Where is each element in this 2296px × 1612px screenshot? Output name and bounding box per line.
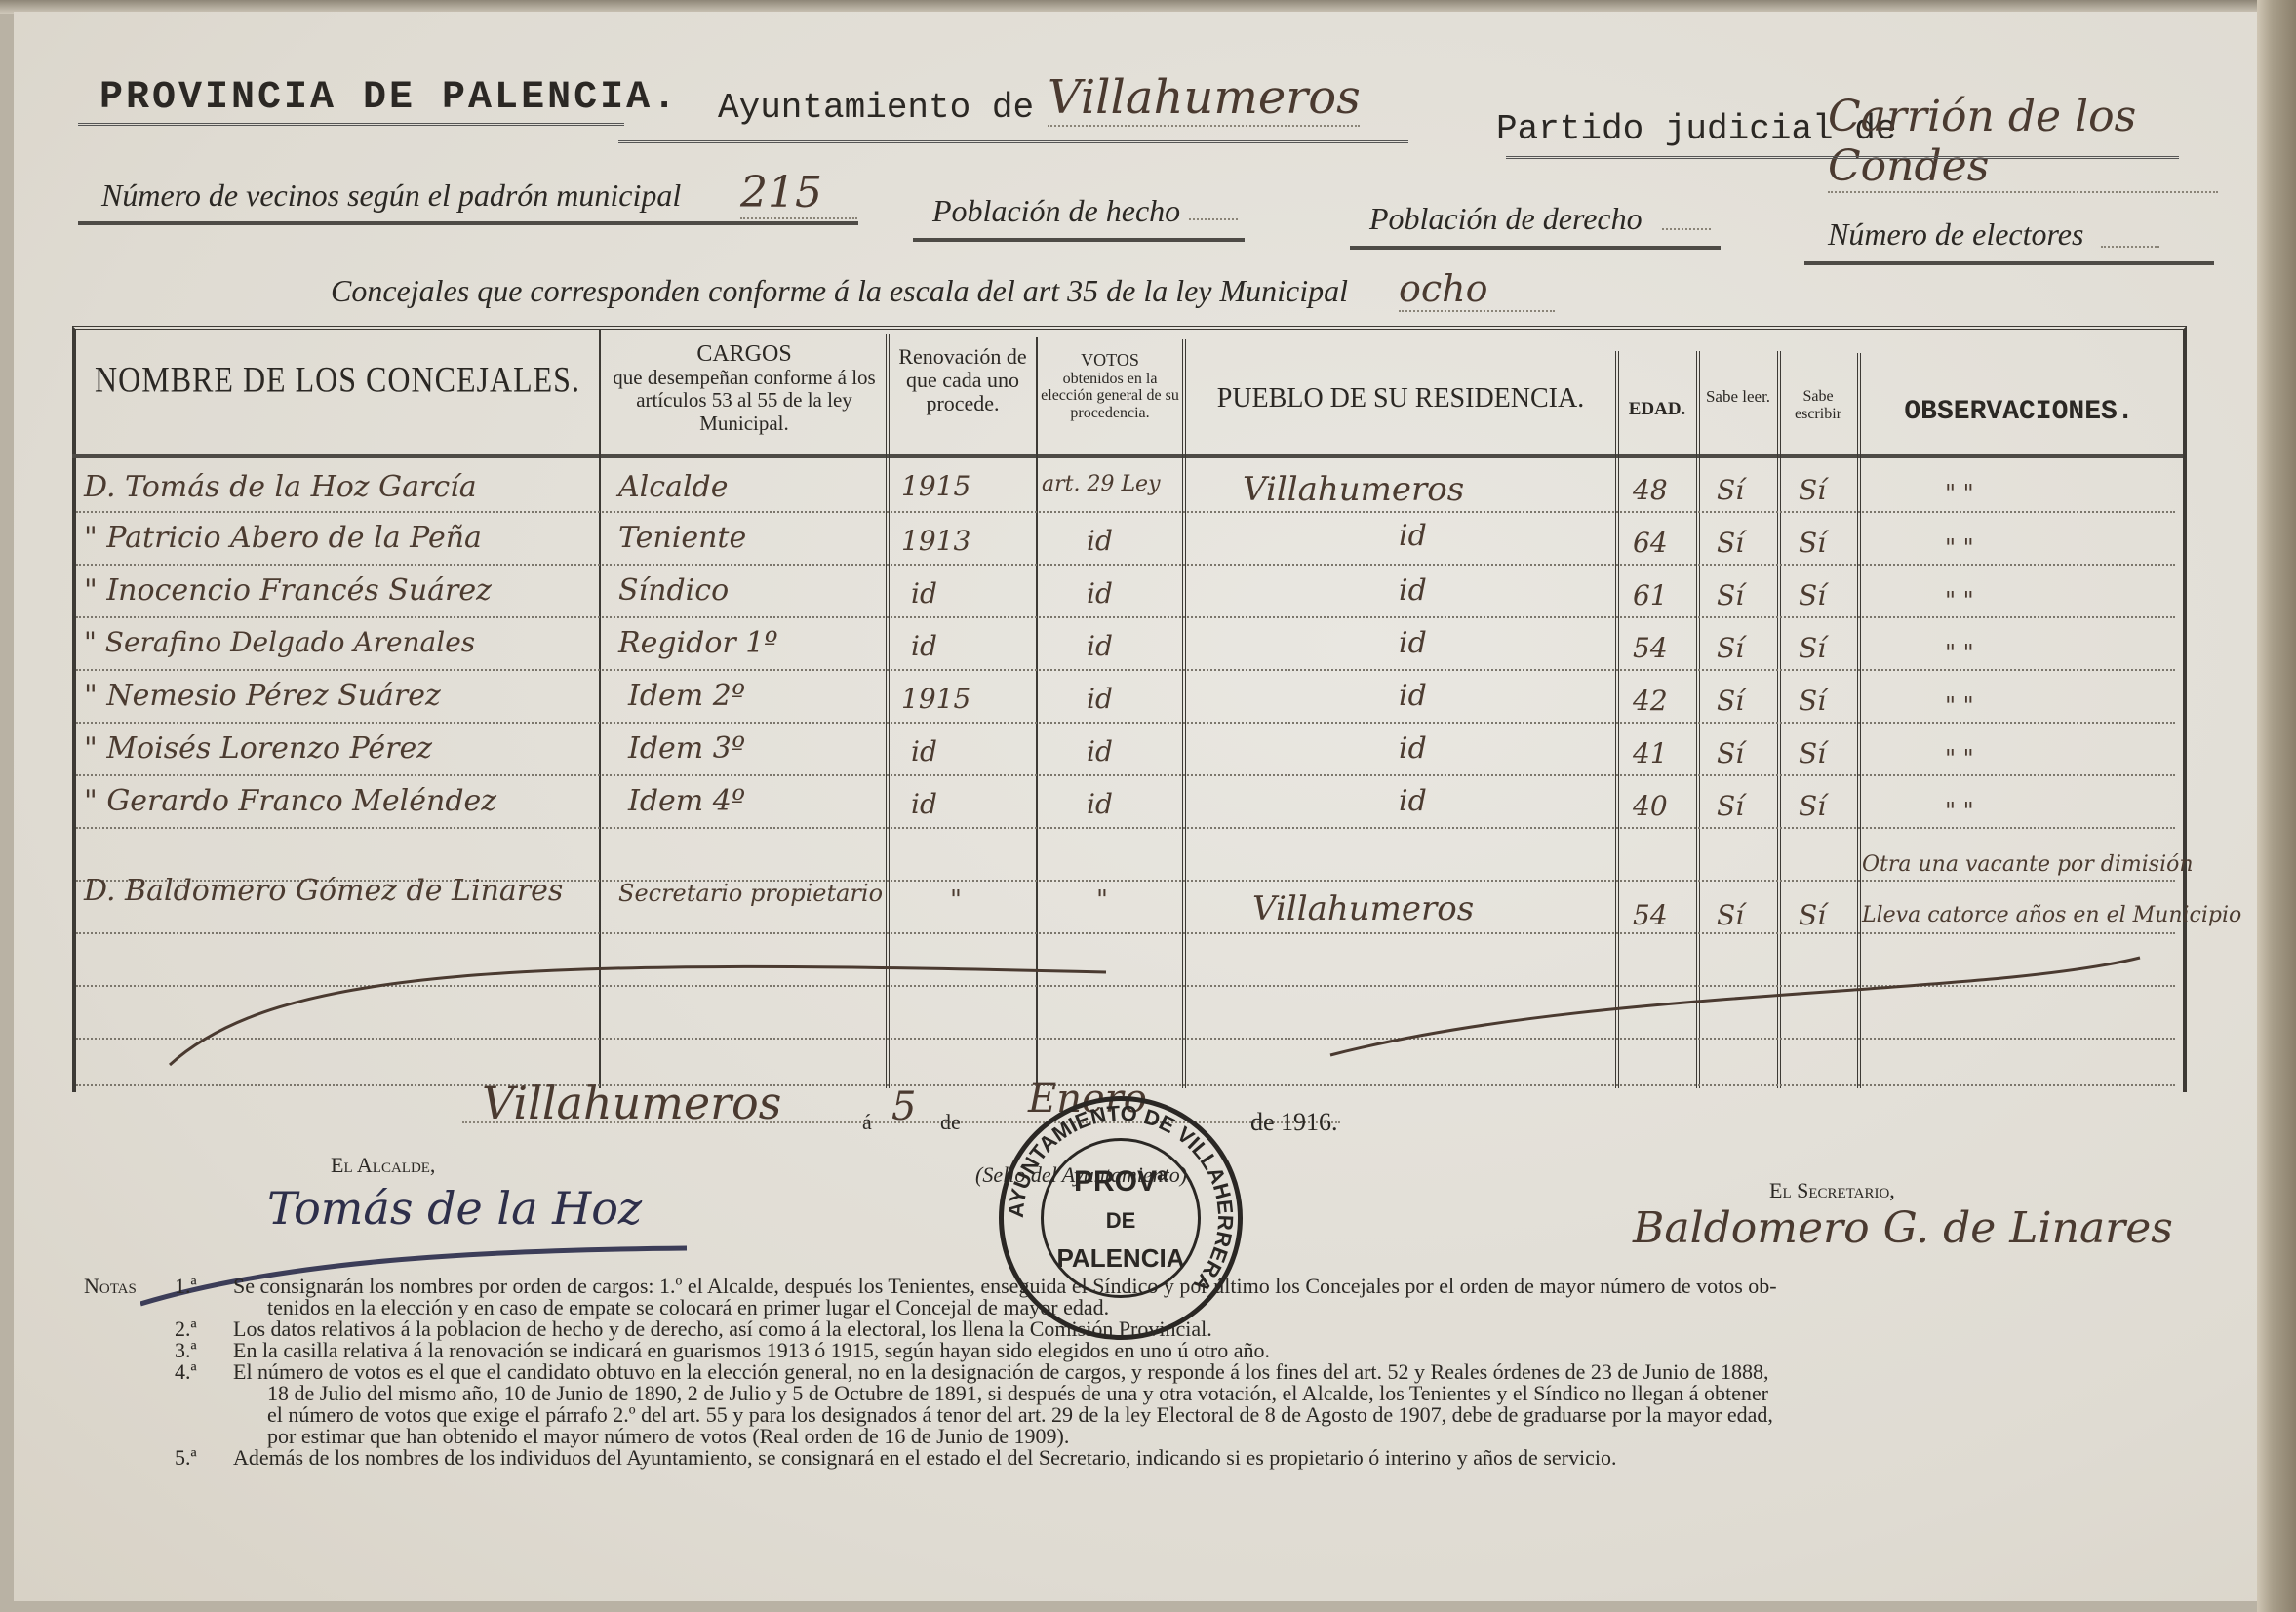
secretario-label: El Secretario, bbox=[1769, 1178, 1895, 1203]
ayuntamiento-underline bbox=[618, 140, 1408, 143]
ayuntamiento-label: Ayuntamiento de bbox=[718, 88, 1034, 128]
ayuntamiento-value: Villahumeros bbox=[1048, 70, 1360, 127]
row1-cargo: Alcalde bbox=[618, 470, 729, 504]
note-number: 5.ª bbox=[175, 1447, 233, 1469]
row7-pueblo: id bbox=[1399, 784, 1427, 818]
note-text: Los datos relativos á la poblacion de he… bbox=[233, 1318, 1212, 1340]
row-line bbox=[76, 511, 2175, 513]
row3-pueblo: id bbox=[1399, 573, 1427, 608]
row5-nombre: " Nemesio Pérez Suárez bbox=[84, 679, 441, 713]
concejales-value: ocho bbox=[1399, 267, 1555, 312]
derecho-underline bbox=[1350, 246, 1721, 250]
row2-cargo: Teniente bbox=[618, 521, 746, 555]
row5-cargo: Idem 2º bbox=[628, 679, 745, 713]
row9-nombre: D. Baldomero Gómez de Linares bbox=[84, 874, 563, 908]
row2-edad: 64 bbox=[1633, 527, 1668, 559]
poblacion-hecho-label: Población de hecho bbox=[932, 193, 1180, 229]
alcalde-label: El Alcalde, bbox=[331, 1153, 435, 1178]
partido-value: Carrión de los Condes bbox=[1828, 92, 2218, 193]
col-header-votos: VOTOS obtenidos en la elección general d… bbox=[1040, 351, 1180, 422]
row5-votos: id bbox=[1087, 683, 1113, 715]
row7-votos: id bbox=[1087, 788, 1113, 820]
row7-escribir: Sí bbox=[1799, 790, 1826, 822]
row9-observaciones: Lleva catorce años en el Municipio bbox=[1862, 903, 2241, 927]
row7-edad: 40 bbox=[1633, 790, 1668, 822]
row6-renovacion: id bbox=[911, 735, 937, 767]
date-year: de 1916. bbox=[1250, 1108, 1338, 1137]
partido-underline bbox=[1506, 156, 2179, 159]
note-text: por estimar que han obtenido el mayor nú… bbox=[267, 1426, 1069, 1447]
date-de: de bbox=[940, 1110, 961, 1135]
row6-votos: id bbox=[1087, 735, 1113, 767]
col-header-nombre: NOMBRE DE LOS CONCEJALES. bbox=[76, 360, 599, 399]
electores-value bbox=[2101, 246, 2159, 248]
row4-edad: 54 bbox=[1633, 632, 1668, 664]
secretario-signature: Baldomero G. de Linares bbox=[1633, 1203, 2173, 1253]
row1-escribir: Sí bbox=[1799, 474, 1826, 506]
row-line bbox=[76, 722, 2175, 724]
book-spine-edge bbox=[2257, 0, 2296, 1612]
date-day: 5 bbox=[891, 1084, 916, 1129]
note-item-1-cont: tenidos en la elección y en caso de empa… bbox=[175, 1297, 2223, 1318]
row9-cargo: Secretario propietario bbox=[618, 880, 883, 907]
row3-leer: Sí bbox=[1717, 579, 1744, 611]
notes-label: Notas bbox=[84, 1276, 137, 1297]
row8-observaciones: Otra una vacante por dimisión bbox=[1862, 852, 2194, 877]
row1-votos: art. 29 Ley bbox=[1042, 472, 1161, 496]
row1-renovacion: 1915 bbox=[901, 470, 970, 502]
row-line bbox=[76, 564, 2175, 566]
row4-cargo: Regidor 1º bbox=[618, 626, 777, 660]
votos-subtitle: obtenidos en la elección general de su p… bbox=[1040, 371, 1180, 422]
table-header-divider bbox=[72, 454, 2183, 458]
note-number: 2.ª bbox=[175, 1318, 233, 1340]
row4-renovacion: id bbox=[911, 630, 937, 662]
row5-renovacion: 1915 bbox=[901, 683, 970, 715]
poblacion-derecho-value bbox=[1662, 228, 1711, 230]
row9-renovacion: " bbox=[950, 885, 962, 915]
row2-pueblo: id bbox=[1399, 519, 1427, 553]
row4-leer: Sí bbox=[1717, 632, 1744, 664]
hecho-underline bbox=[913, 238, 1245, 242]
note-number bbox=[175, 1383, 267, 1404]
note-item-4: 4.ªEl número de votos es el que el candi… bbox=[175, 1361, 2223, 1383]
row4-observaciones: " " bbox=[1945, 640, 1974, 667]
row7-nombre: " Gerardo Franco Meléndez bbox=[84, 784, 496, 818]
row1-leer: Sí bbox=[1717, 474, 1744, 506]
row9-votos: " bbox=[1096, 885, 1108, 915]
province-underline bbox=[78, 123, 624, 126]
row4-nombre: " Serafino Delgado Arenales bbox=[84, 626, 475, 658]
row9-pueblo: Villahumeros bbox=[1252, 889, 1474, 928]
note-item-3: 3.ªEn la casilla relativa á la renovació… bbox=[175, 1340, 2223, 1361]
row6-nombre: " Moisés Lorenzo Pérez bbox=[84, 731, 432, 766]
row9-leer: Sí bbox=[1717, 899, 1744, 931]
poblacion-derecho-label: Población de derecho bbox=[1369, 201, 1643, 237]
province-title: PROVINCIA DE PALENCIA. bbox=[99, 76, 679, 120]
note-text: el número de votos que exige el párrafo … bbox=[267, 1404, 1773, 1426]
row3-escribir: Sí bbox=[1799, 579, 1826, 611]
row4-escribir: Sí bbox=[1799, 632, 1826, 664]
stamp-line3: PALENCIA bbox=[1004, 1243, 1238, 1274]
row3-cargo: Síndico bbox=[618, 573, 729, 608]
row6-pueblo: id bbox=[1399, 731, 1427, 766]
cargos-subtitle: que desempeñan conforme á los artículos … bbox=[603, 367, 886, 434]
row5-leer: Sí bbox=[1717, 685, 1744, 717]
note-item-2: 2.ªLos datos relativos á la poblacion de… bbox=[175, 1318, 2223, 1340]
note-number bbox=[175, 1404, 267, 1426]
vecinos-value: 215 bbox=[740, 168, 857, 219]
votos-title: VOTOS bbox=[1040, 351, 1180, 371]
col-header-edad: EDAD. bbox=[1619, 400, 1695, 420]
note-item-5: 5.ªAdemás de los nombres de los individu… bbox=[175, 1447, 2223, 1469]
row3-votos: id bbox=[1087, 577, 1113, 609]
stamp-line2: DE bbox=[1004, 1208, 1238, 1234]
note-item-4-cont3: por estimar que han obtenido el mayor nú… bbox=[175, 1426, 2223, 1447]
row6-edad: 41 bbox=[1633, 737, 1668, 769]
row1-edad: 48 bbox=[1633, 474, 1668, 506]
note-number: 3.ª bbox=[175, 1340, 233, 1361]
row1-observaciones: " " bbox=[1945, 480, 1974, 507]
row2-observaciones: " " bbox=[1945, 534, 1974, 562]
note-text: Se consignarán los nombres por orden de … bbox=[233, 1276, 1777, 1297]
note-text: Además de los nombres de los individuos … bbox=[233, 1447, 1616, 1469]
note-number bbox=[175, 1426, 267, 1447]
row9-escribir: Sí bbox=[1799, 899, 1826, 931]
note-number bbox=[175, 1297, 267, 1318]
row3-edad: 61 bbox=[1633, 579, 1668, 611]
row4-votos: id bbox=[1087, 630, 1113, 662]
alcalde-signature: Tomás de la Hoz bbox=[267, 1182, 642, 1235]
row-line bbox=[76, 669, 2175, 671]
notes-list: 1.ªSe consignarán los nombres por orden … bbox=[175, 1276, 2223, 1469]
note-item-4-cont1: 18 de Julio del mismo año, 10 de Junio d… bbox=[175, 1383, 2223, 1404]
row2-escribir: Sí bbox=[1799, 527, 1826, 559]
row6-observaciones: " " bbox=[1945, 745, 1974, 772]
cargos-title: CARGOS bbox=[603, 341, 886, 367]
row6-cargo: Idem 3º bbox=[628, 731, 745, 766]
row5-edad: 42 bbox=[1633, 685, 1668, 717]
document-page: PROVINCIA DE PALENCIA. Ayuntamiento de V… bbox=[14, 12, 2257, 1601]
date-a: á bbox=[862, 1110, 872, 1135]
row-line bbox=[76, 774, 2175, 776]
electores-underline bbox=[1804, 261, 2214, 265]
note-item-4-cont2: el número de votos que exige el párrafo … bbox=[175, 1404, 2223, 1426]
row2-renovacion: 1913 bbox=[901, 525, 970, 557]
row1-pueblo: Villahumeros bbox=[1243, 470, 1464, 509]
row3-nombre: " Inocencio Francés Suárez bbox=[84, 573, 492, 608]
electores-label: Número de electores bbox=[1828, 216, 2083, 253]
row6-escribir: Sí bbox=[1799, 737, 1826, 769]
row2-leer: Sí bbox=[1717, 527, 1744, 559]
row3-renovacion: id bbox=[911, 577, 937, 609]
row-line bbox=[76, 616, 2175, 618]
col-header-escribir: Sabe escribir bbox=[1781, 388, 1855, 422]
poblacion-hecho-value bbox=[1189, 218, 1238, 220]
row9-edad: 54 bbox=[1633, 899, 1668, 931]
row7-observaciones: " " bbox=[1945, 798, 1974, 825]
row7-cargo: Idem 4º bbox=[628, 784, 745, 818]
vecinos-label: Número de vecinos según el padrón munici… bbox=[101, 177, 681, 214]
closing-flourish-strokes bbox=[131, 928, 2179, 1075]
note-item-1: 1.ªSe consignarán los nombres por orden … bbox=[175, 1276, 2223, 1297]
date-place: Villahumeros bbox=[482, 1077, 781, 1129]
col-header-pueblo: PUEBLO DE SU RESIDENCIA. bbox=[1188, 384, 1613, 414]
col-header-leer: Sabe leer. bbox=[1701, 388, 1775, 407]
note-text: En la casilla relativa á la renovación s… bbox=[233, 1340, 1270, 1361]
note-number: 4.ª bbox=[175, 1361, 233, 1383]
concejales-label: Concejales que corresponden conforme á l… bbox=[331, 273, 1348, 309]
row6-leer: Sí bbox=[1717, 737, 1744, 769]
row7-leer: Sí bbox=[1717, 790, 1744, 822]
vecinos-underline bbox=[78, 221, 858, 225]
row5-observaciones: " " bbox=[1945, 692, 1974, 720]
row2-votos: id bbox=[1087, 525, 1113, 557]
col-header-cargos: CARGOS que desempeñan conforme á los art… bbox=[603, 341, 886, 435]
row-line bbox=[76, 827, 2175, 829]
stamp-line1: PROVª bbox=[1004, 1165, 1238, 1199]
row1-nombre: D. Tomás de la Hoz García bbox=[84, 470, 477, 504]
col-header-observaciones: OBSERVACIONES. bbox=[1863, 398, 2175, 428]
note-text: El número de votos es el que el candidat… bbox=[233, 1361, 1769, 1383]
row3-observaciones: " " bbox=[1945, 587, 1974, 614]
row5-pueblo: id bbox=[1399, 679, 1427, 713]
col-header-renovacion: Renovación de que cada uno procede. bbox=[891, 345, 1034, 416]
row5-escribir: Sí bbox=[1799, 685, 1826, 717]
row2-nombre: " Patricio Abero de la Peña bbox=[84, 521, 482, 555]
note-text: tenidos en la elección y en caso de empa… bbox=[267, 1297, 1109, 1318]
row7-renovacion: id bbox=[911, 788, 937, 820]
note-number: 1.ª bbox=[175, 1276, 233, 1297]
note-text: 18 de Julio del mismo año, 10 de Junio d… bbox=[267, 1383, 1768, 1404]
row4-pueblo: id bbox=[1399, 626, 1427, 660]
